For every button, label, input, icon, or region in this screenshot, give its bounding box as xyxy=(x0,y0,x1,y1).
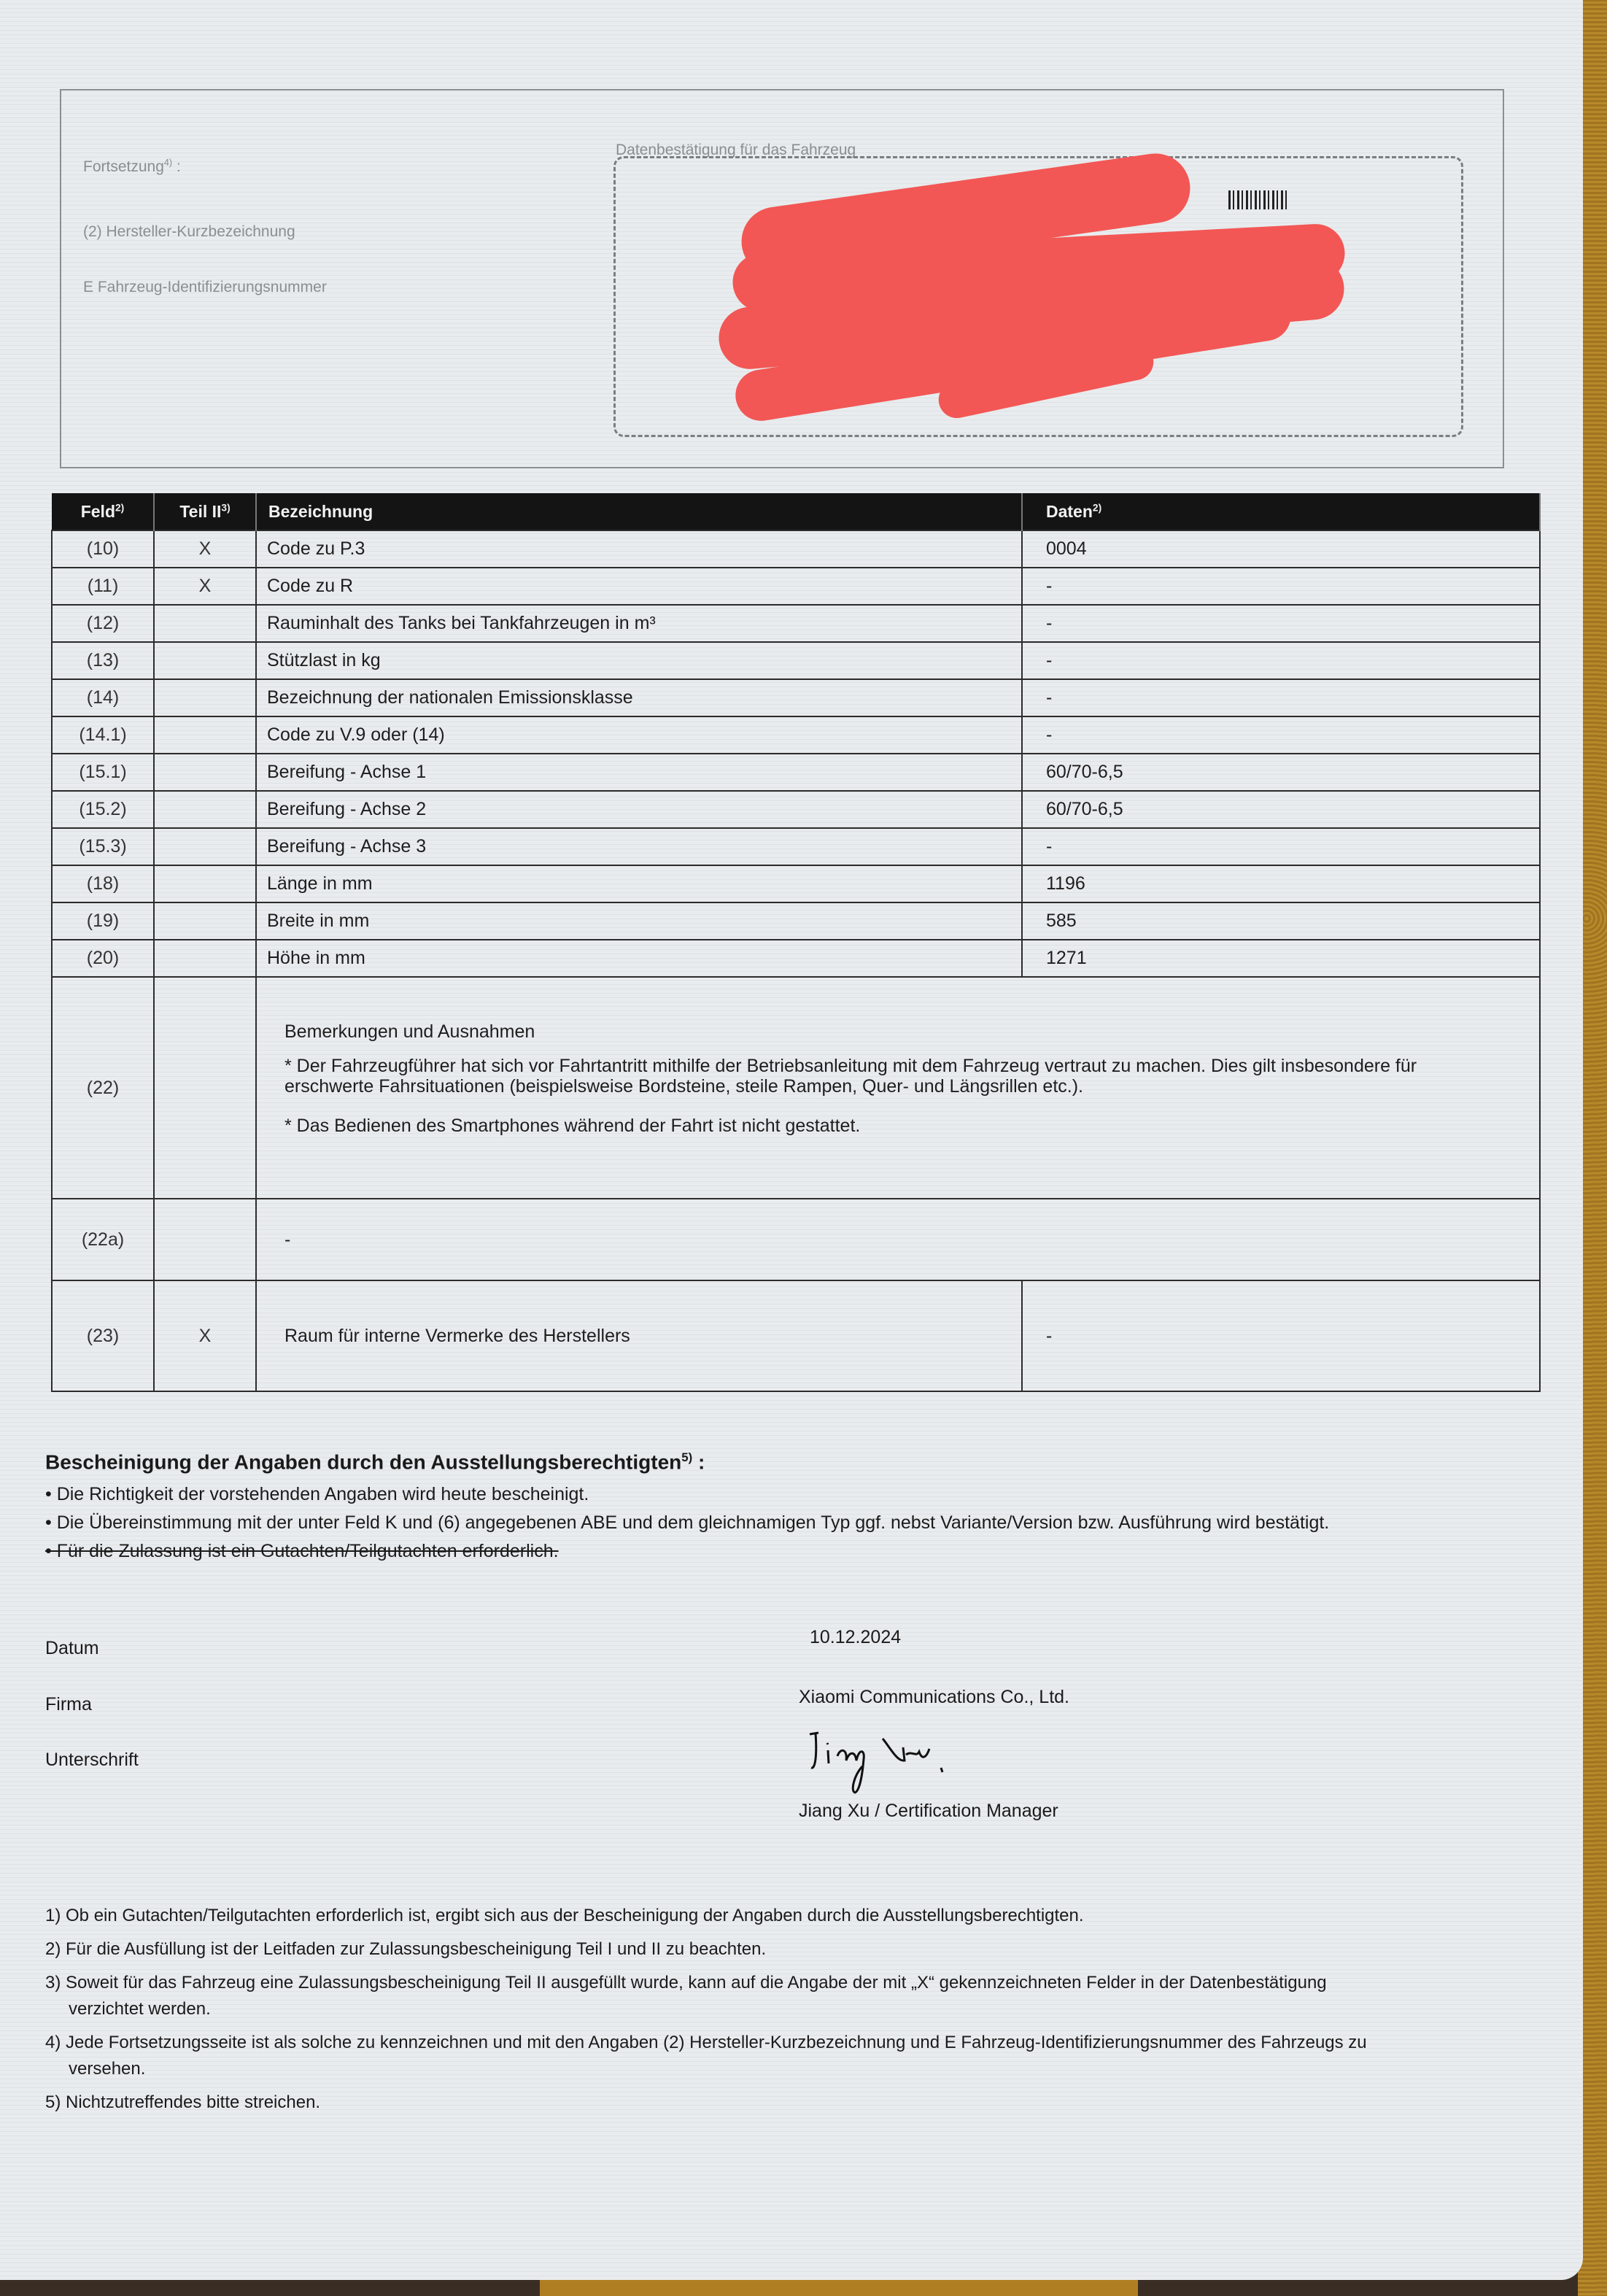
cell-daten: - xyxy=(1022,605,1540,642)
cell-daten: - xyxy=(1022,716,1540,754)
certification-line: • Die Übereinstimmung mit der unter Feld… xyxy=(45,1512,1533,1534)
vin-label: E Fahrzeug-Identifizierungsnummer xyxy=(83,279,327,296)
cell-teil xyxy=(154,605,256,642)
footnotes: 1) Ob ein Gutachten/Teilgutachten erford… xyxy=(45,1903,1541,2123)
table-row: (15.1)Bereifung - Achse 160/70-6,5 xyxy=(52,754,1540,791)
certification-line: • Die Richtigkeit der vorstehenden Angab… xyxy=(45,1484,1533,1505)
column-header-teil: Teil II3) xyxy=(154,493,256,530)
table-row-remarks: (22) Bemerkungen und Ausnahmen * Der Fah… xyxy=(52,977,1540,1199)
certification-section: Besch​einigung der Angaben durch den Aus… xyxy=(45,1450,1533,1569)
table-row: (15.3)Bereifung - Achse 3- xyxy=(52,828,1540,865)
cell-daten: - xyxy=(1022,828,1540,865)
cell-teil: X xyxy=(154,530,256,568)
footnote: 4) Jede Fortsetzungsseite ist als solche… xyxy=(45,2030,1541,2082)
cell-feld: (15.3) xyxy=(52,828,154,865)
cell-daten: - xyxy=(1022,1280,1540,1391)
manufacturer-short-label: (2) Hersteller-Kurzbezeichnung xyxy=(83,223,295,241)
cell-bezeichnung: Höhe in mm xyxy=(256,940,1022,977)
document-page: Fortsetzung4) : (2) Hersteller-Kurzbezei… xyxy=(0,0,1583,2280)
date-label: Datum xyxy=(45,1638,99,1659)
footnote: 2) Für die Ausfüllung ist der Leitfaden … xyxy=(45,1936,1541,1963)
cell-feld: (22a) xyxy=(52,1199,154,1280)
certification-title: Besch​einigung der Angaben durch den Aus… xyxy=(45,1450,1533,1474)
cell-teil xyxy=(154,828,256,865)
vehicle-data-table: Feld2) Teil II3) Bezeichnung Daten2) (10… xyxy=(51,493,1541,1392)
vehicle-identification-box: Fortsetzung4) : (2) Hersteller-Kurzbezei… xyxy=(60,89,1504,468)
cell-feld: (14) xyxy=(52,679,154,716)
cell-teil xyxy=(154,977,256,1199)
cell-daten: 60/70-6,5 xyxy=(1022,754,1540,791)
cell-daten: - xyxy=(1022,568,1540,605)
signatory-name: Jiang Xu / Certification Manager xyxy=(799,1801,1058,1822)
table-row: (13)Stützlast in kg- xyxy=(52,642,1540,679)
table-header-row: Feld2) Teil II3) Bezeichnung Daten2) xyxy=(52,493,1540,530)
remarks-title: Bemerkungen und Ausnahmen xyxy=(284,1021,1510,1043)
cell-bezeichnung: Länge in mm xyxy=(256,865,1022,902)
remarks-cell: Bemerkungen und Ausnahmen * Der Fahrzeug… xyxy=(256,977,1540,1199)
cell-bezeichnung: Raum für interne Vermerke des Hersteller… xyxy=(256,1280,1022,1391)
cell-bezeichnung: Bereifung - Achse 2 xyxy=(256,791,1022,828)
cell-feld: (22) xyxy=(52,977,154,1199)
column-header-bezeichnung: Bezeichnung xyxy=(256,493,1022,530)
barcode-field xyxy=(613,156,1463,437)
table-row: (18)Länge in mm1196 xyxy=(52,865,1540,902)
cell-feld: (18) xyxy=(52,865,154,902)
cell-feld: (12) xyxy=(52,605,154,642)
cell-teil xyxy=(154,791,256,828)
cell-feld: (15.1) xyxy=(52,754,154,791)
table-row: (12)Rauminhalt des Tanks bei Tankfahrzeu… xyxy=(52,605,1540,642)
cell-teil xyxy=(154,679,256,716)
continuation-label: Fortsetzung4) : xyxy=(83,158,181,176)
table-row: (20)Höhe in mm1271 xyxy=(52,940,1540,977)
cell-daten: 60/70-6,5 xyxy=(1022,791,1540,828)
cell-teil xyxy=(154,754,256,791)
table-row: (15.2)Bereifung - Achse 260/70-6,5 xyxy=(52,791,1540,828)
cell-teil xyxy=(154,902,256,940)
cell-feld: (23) xyxy=(52,1280,154,1391)
footnote: 3) Soweit für das Fahrzeug eine Zulassun… xyxy=(45,1970,1541,2022)
barcode-fragment xyxy=(1228,190,1287,209)
cell-bezeichnung: Code zu V.9 oder (14) xyxy=(256,716,1022,754)
cell-bezeichnung: Breite in mm xyxy=(256,902,1022,940)
cell-bezeichnung: Code zu R xyxy=(256,568,1022,605)
footnote: 5) Nichtzutreffendes bitte streichen. xyxy=(45,2090,1541,2116)
cell-bezeichnung: Stützlast in kg xyxy=(256,642,1022,679)
table-row: (23) X Raum für interne Vermerke des Her… xyxy=(52,1280,1540,1391)
cell-daten: 1271 xyxy=(1022,940,1540,977)
table-row: (14.1)Code zu V.9 oder (14)- xyxy=(52,716,1540,754)
cell-teil: X xyxy=(154,1280,256,1391)
cell-value: - xyxy=(256,1199,1540,1280)
cell-teil xyxy=(154,642,256,679)
cell-teil xyxy=(154,940,256,977)
company-label: Firma xyxy=(45,1694,92,1715)
cell-daten: 1196 xyxy=(1022,865,1540,902)
cell-daten: - xyxy=(1022,679,1540,716)
remark-item: * Das Bedienen des Smartphones während d… xyxy=(284,1116,1510,1136)
cell-feld: (10) xyxy=(52,530,154,568)
cell-teil xyxy=(154,865,256,902)
cell-feld: (19) xyxy=(52,902,154,940)
date-value: 10.12.2024 xyxy=(810,1627,901,1648)
table-row: (11)XCode zu R- xyxy=(52,568,1540,605)
cell-feld: (13) xyxy=(52,642,154,679)
cell-bezeichnung: Bereifung - Achse 3 xyxy=(256,828,1022,865)
table-row: (19)Breite in mm585 xyxy=(52,902,1540,940)
remark-item: * Der Fahrzeugführer hat sich vor Fahrta… xyxy=(284,1056,1510,1097)
table-row: (22a) - xyxy=(52,1199,1540,1280)
column-header-feld: Feld2) xyxy=(52,493,154,530)
cell-teil: X xyxy=(154,568,256,605)
cell-bezeichnung: Rauminhalt des Tanks bei Tankfahrzeugen … xyxy=(256,605,1022,642)
cell-feld: (20) xyxy=(52,940,154,977)
column-header-daten: Daten2) xyxy=(1022,493,1540,530)
cell-feld: (11) xyxy=(52,568,154,605)
cell-bezeichnung: Bezeichnung der nationalen Emissionsklas… xyxy=(256,679,1022,716)
cell-teil xyxy=(154,1199,256,1280)
cell-bezeichnung: Bereifung - Achse 1 xyxy=(256,754,1022,791)
cell-daten: 0004 xyxy=(1022,530,1540,568)
cell-daten: - xyxy=(1022,642,1540,679)
cell-feld: (14.1) xyxy=(52,716,154,754)
cell-bezeichnung: Code zu P.3 xyxy=(256,530,1022,568)
cell-teil xyxy=(154,716,256,754)
cell-daten: 585 xyxy=(1022,902,1540,940)
table-row: (10)XCode zu P.30004 xyxy=(52,530,1540,568)
company-value: Xiaomi Communications Co., Ltd. xyxy=(799,1687,1069,1708)
signature-label: Unterschrift xyxy=(45,1750,139,1771)
footnote: 1) Ob ein Gutachten/Teilgutachten erford… xyxy=(45,1903,1541,1929)
table-row: (14)Bezeichnung der nationalen Emissions… xyxy=(52,679,1540,716)
cell-feld: (15.2) xyxy=(52,791,154,828)
handwritten-signature xyxy=(795,1725,1087,1798)
certification-line-struck: • Für die Zulassung ist ein Gutachten/Te… xyxy=(45,1541,1533,1562)
